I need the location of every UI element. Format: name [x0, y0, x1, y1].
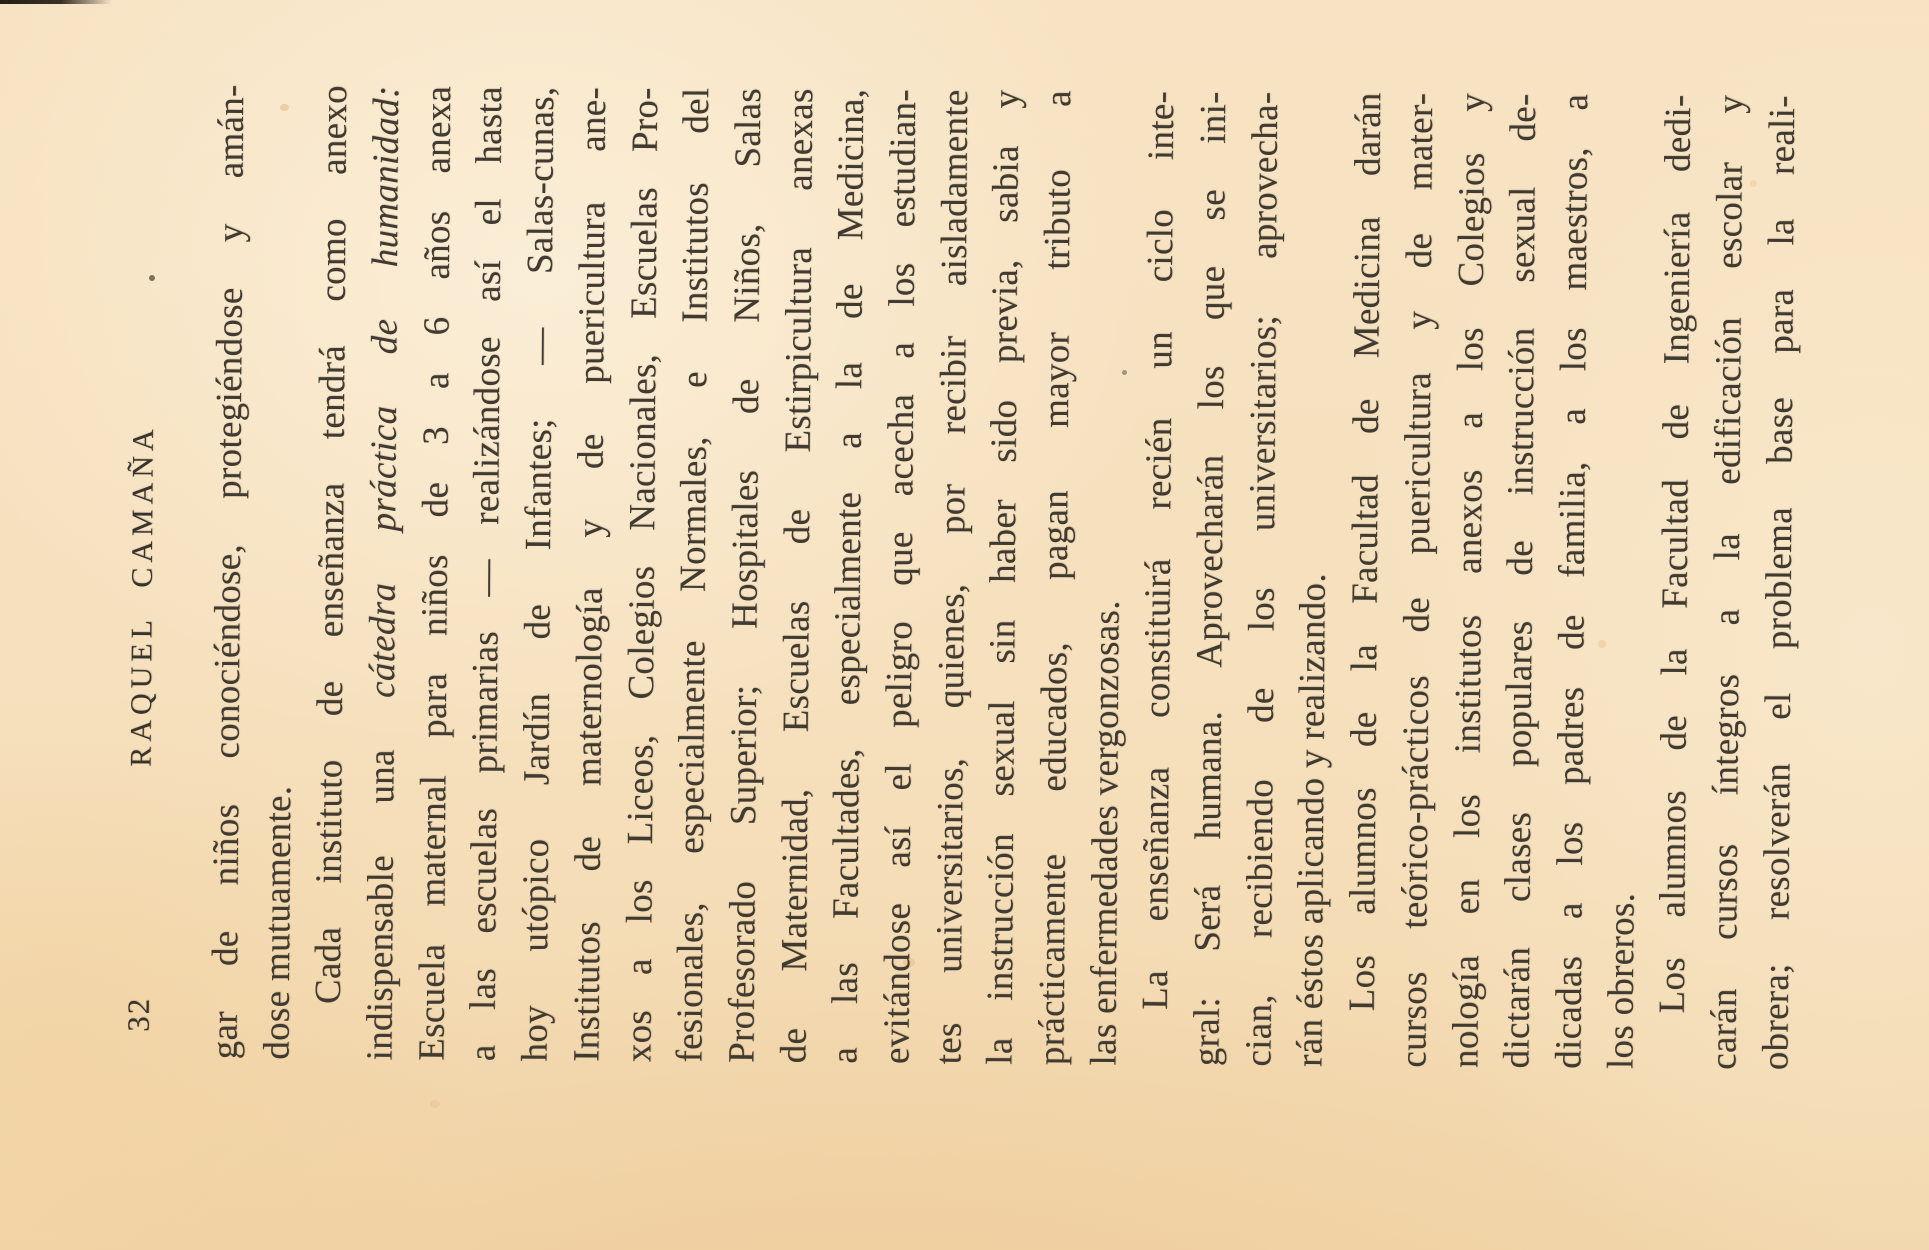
text-line: rán éstos aplicando y realizando.: [1285, 92, 1343, 1067]
text-segment: Cada instituto de enseñanza tendrá como …: [308, 85, 355, 1004]
text-segment: los obreros.: [1600, 893, 1642, 1070]
text-segment: a las Facultades, especialmente a la de …: [825, 89, 873, 1064]
text-segment: dictarán clases populares de instrucción…: [1497, 93, 1545, 1068]
italic-phrase: cátedra práctica de humanidad:: [362, 85, 407, 698]
text-segment: gar de niños conociéndose, protegiéndose…: [204, 84, 252, 1059]
text-line: tes universitarios, quienes, por recibir…: [923, 89, 981, 1064]
text-line: carán cursos íntegros a la edificación e…: [1698, 95, 1756, 1070]
text-segment: carán cursos íntegros a la edificación e…: [1703, 95, 1751, 1070]
text-line: xos a los Liceos, Colegios Nacionales, E…: [613, 87, 671, 1062]
text-line: a las escuelas primarias — realizándose …: [458, 86, 516, 1061]
text-segment: gral: Será humana. Aprovecharán los que …: [1186, 91, 1234, 1066]
text-line: Institutos de maternología y de puericul…: [561, 87, 619, 1062]
text-line: dose mutuamente.: [251, 85, 309, 1060]
text-segment: dicadas a los padres de familia, a los m…: [1548, 94, 1596, 1069]
text-line: la instrucción sexual sin haber sido pre…: [975, 90, 1033, 1065]
text-segment: obrera; resolverán el problema base para…: [1755, 95, 1803, 1070]
text-segment: de Maternidad, Escuelas de Estirpicultur…: [773, 88, 821, 1063]
text-line: obrera; resolverán el problema base para…: [1750, 95, 1808, 1070]
text-line: prácticamente educados, pagan mayor trib…: [1026, 90, 1084, 1065]
text-line: cian, recibiendo de los universitarios; …: [1233, 91, 1291, 1066]
running-title: RAQUEL CAMAÑA: [124, 424, 160, 767]
text-segment: la instrucción sexual sin haber sido pre…: [980, 90, 1028, 1065]
text-line: hoy utópico Jardín de Infantes; — Salas-…: [510, 86, 568, 1061]
text-segment: dose mutuamente.: [256, 786, 299, 1060]
text-line: nología en los institutos anexos a los C…: [1440, 93, 1498, 1068]
text-segment: La enseñanza constituirá recién un ciclo…: [1135, 91, 1182, 1010]
text-segment: fesionales, especialmente Normales, e In…: [670, 87, 718, 1062]
text-line: gar de niños conociéndose, protegiéndose…: [199, 84, 257, 1059]
text-line: fesionales, especialmente Normales, e In…: [665, 87, 723, 1062]
text-line: evitándose así el peligro que acecha a l…: [871, 89, 929, 1064]
text-line: las enfermedades vergonzosas.: [1078, 90, 1136, 1065]
text-segment: las enfermedades vergonzosas.: [1083, 600, 1127, 1065]
text-line: los obreros.: [1595, 94, 1653, 1069]
text-segment: Escuela maternal para niños de 3 a 6 año…: [411, 86, 459, 1061]
text-line: Los alumnos de la Facultad de Ingeniería…: [1647, 94, 1705, 1069]
text-segment: rán éstos aplicando y realizando.: [1290, 573, 1334, 1067]
rotated-page: 32 RAQUEL CAMAÑA gar de niños conociéndo…: [0, 0, 1929, 1250]
text-segment: Los alumnos de la Facultad de Ingeniería…: [1652, 94, 1699, 1013]
book-page-photo: 32 RAQUEL CAMAÑA gar de niños conociéndo…: [0, 0, 1929, 1250]
text-line: gral: Será humana. Aprovecharán los que …: [1181, 91, 1239, 1066]
text-segment: cursos teórico-prácticos de puericultura…: [1393, 93, 1441, 1068]
text-line: indispensable una cátedra práctica de hu…: [355, 85, 413, 1060]
text-line: Escuela maternal para niños de 3 a 6 año…: [406, 86, 464, 1061]
text-segment: Los alumnos de la Facultad de Medicina d…: [1342, 92, 1389, 1011]
page-body: gar de niños conociéndose, protegiéndose…: [199, 84, 1808, 1070]
text-line: cursos teórico-prácticos de puericultura…: [1388, 92, 1446, 1067]
text-segment: evitándose así el peligro que acecha a l…: [876, 89, 924, 1064]
text-segment: a las escuelas primarias — realizándose …: [463, 86, 511, 1061]
text-line: de Maternidad, Escuelas de Estirpicultur…: [768, 88, 826, 1063]
text-segment: hoy utópico Jardín de Infantes; — Salas-…: [515, 86, 563, 1061]
text-segment: nología en los institutos anexos a los C…: [1445, 93, 1493, 1068]
page-number: 32: [121, 997, 157, 1032]
text-segment: prácticamente educados, pagan mayor trib…: [1031, 90, 1079, 1065]
text-line: Profesorado Superior; Hospitales de Niño…: [716, 88, 774, 1063]
text-segment: Profesorado Superior; Hospitales de Niño…: [721, 88, 769, 1063]
text-line: Cada instituto de enseñanza tendrá como …: [303, 85, 361, 1060]
text-line: dicadas a los padres de familia, a los m…: [1543, 94, 1601, 1069]
text-segment: indispensable una: [360, 698, 404, 1061]
text-line: a las Facultades, especialmente a la de …: [820, 89, 878, 1064]
text-segment: cian, recibiendo de los universitarios; …: [1238, 91, 1286, 1066]
text-segment: tes universitarios, quienes, por recibir…: [928, 89, 976, 1064]
text-segment: Institutos de maternología y de puericul…: [566, 87, 614, 1062]
text-line: La enseñanza constituirá recién un ciclo…: [1130, 91, 1188, 1066]
text-line: Los alumnos de la Facultad de Medicina d…: [1337, 92, 1395, 1067]
text-segment: xos a los Liceos, Colegios Nacionales, E…: [618, 87, 666, 1062]
text-line: dictarán clases populares de instrucción…: [1492, 93, 1550, 1068]
